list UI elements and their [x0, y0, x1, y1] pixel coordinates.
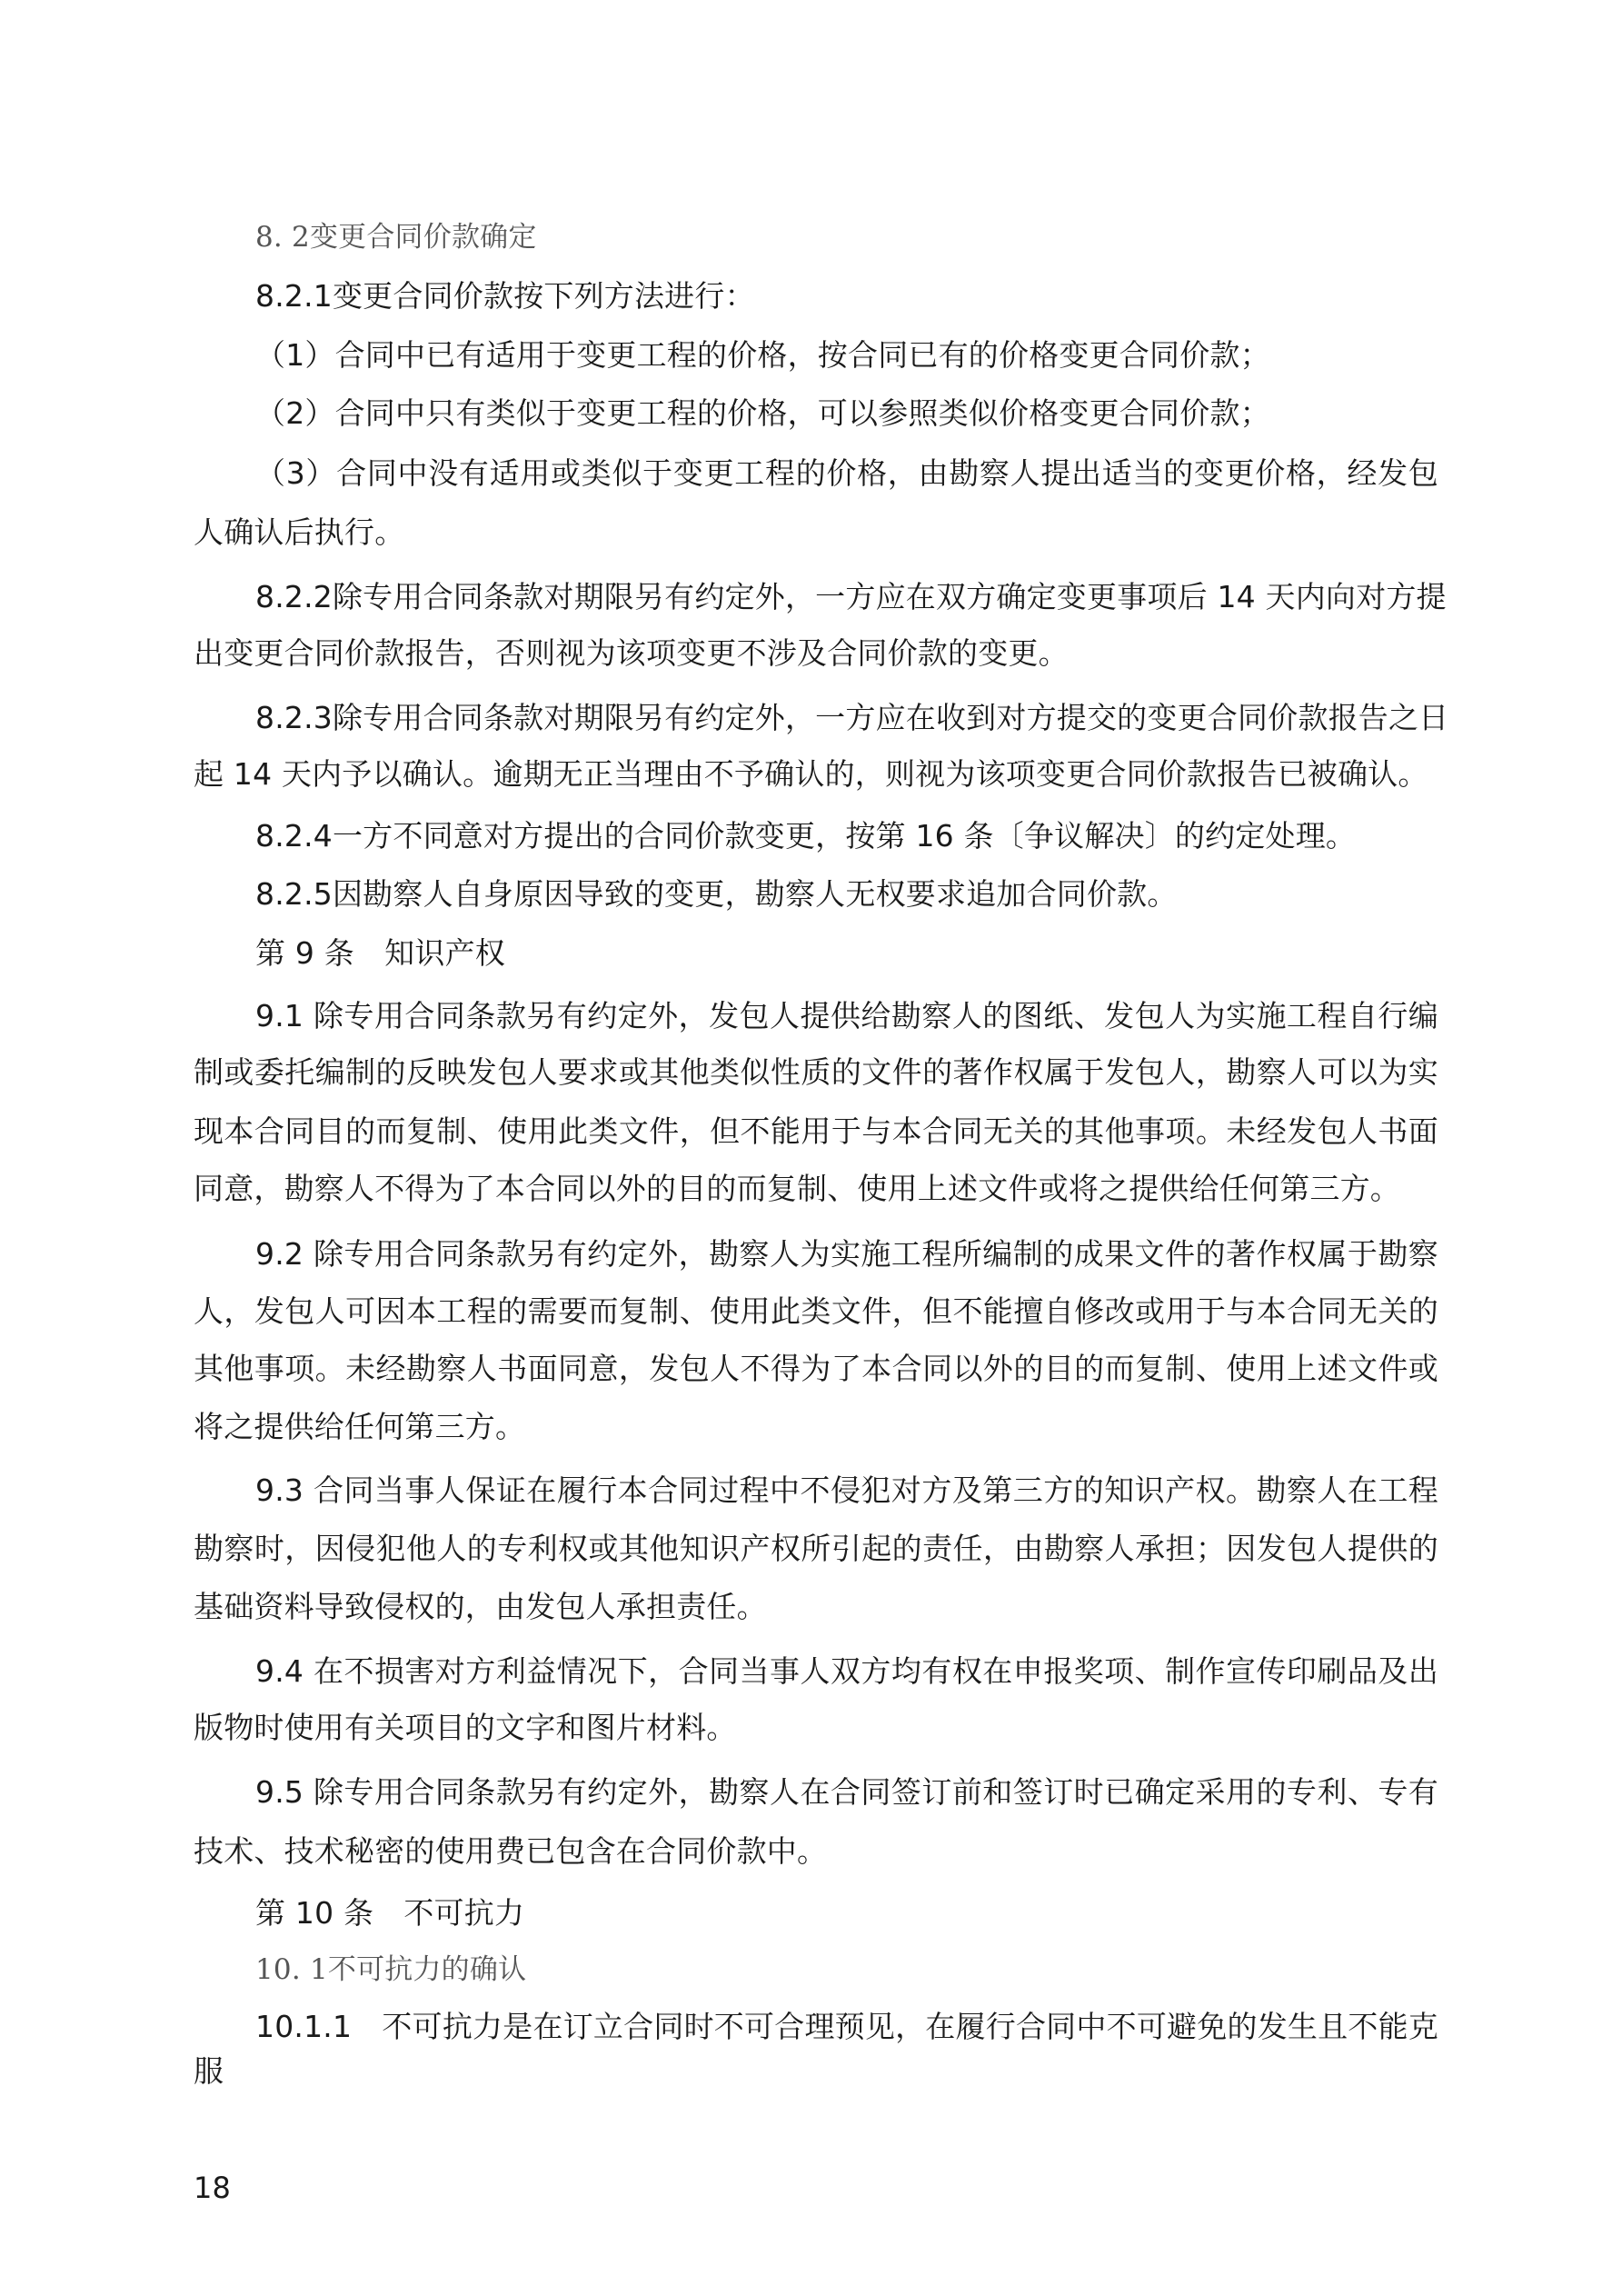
clause-9-1: 9.1 除专用合同条款另有约定外，发包人提供给勘察人的图纸、发包人为实施工程自行…: [255, 996, 1438, 1036]
document-page: 8. 2变更合同价款确定 8.2.1变更合同价款按下列方法进行： （1）合同中已…: [0, 0, 1622, 2296]
clause-9-4-cont: 版物时使用有关项目的文字和图片材料。: [194, 1708, 1438, 1748]
clause-8-2-1-item-3: （3）合同中没有适用或类似于变更工程的价格，由勘察人提出适当的变更价格，经发包: [255, 454, 1438, 494]
article-9-heading: 第 9 条 知识产权: [255, 933, 1438, 973]
clause-8-2-5: 8.2.5因勘察人自身原因导致的变更，勘察人无权要求追加合同价款。: [255, 874, 1438, 914]
clause-8-2-1-item-2: （2）合同中只有类似于变更工程的价格，可以参照类似价格变更合同价款；: [255, 394, 1438, 434]
clause-8-2-4: 8.2.4一方不同意对方提出的合同价款变更，按第 16 条〔争议解决〕的约定处理…: [255, 816, 1438, 856]
page-number: 18: [194, 2168, 1438, 2208]
clause-9-2-cont-3: 将之提供给任何第三方。: [194, 1407, 1438, 1447]
clause-9-1-cont-2: 现本合同目的而复制、使用此类文件，但不能用于与本合同无关的其他事项。未经发包人书…: [194, 1112, 1438, 1152]
clause-9-2-cont-2: 其他事项。未经勘察人书面同意，发包人不得为了本合同以外的目的而复制、使用上述文件…: [194, 1349, 1438, 1389]
clause-9-3-cont-2: 基础资料导致侵权的，由发包人承担责任。: [194, 1587, 1438, 1627]
clause-9-5-cont: 技术、技术秘密的使用费已包含在合同价款中。: [194, 1832, 1438, 1872]
clause-9-1-cont-1: 制或委托编制的反映发包人要求或其他类似性质的文件的著作权属于发包人，勘察人可以为…: [194, 1053, 1438, 1093]
clause-9-5: 9.5 除专用合同条款另有约定外，勘察人在合同签订前和签订时已确定采用的专利、专…: [255, 1772, 1438, 1812]
clause-8-2-3-cont: 起 14 天内予以确认。逾期无正当理由不予确认的，则视为该项变更合同价款报告已被…: [194, 754, 1438, 794]
clause-8-2-1-item-1: （1）合同中已有适用于变更工程的价格，按合同已有的价格变更合同价款；: [255, 335, 1438, 375]
clause-8-2-1-item-3-cont: 人确认后执行。: [194, 513, 1438, 553]
subsection-heading-8-2: 8. 2变更合同价款确定: [255, 217, 1438, 257]
clause-9-4: 9.4 在不损害对方利益情况下，合同当事人双方均有权在申报奖项、制作宣传印刷品及…: [255, 1652, 1438, 1692]
clause-9-2-cont-1: 人，发包人可因本工程的需要而复制、使用此类文件，但不能擅自修改或用于与本合同无关…: [194, 1292, 1438, 1332]
clause-8-2-3: 8.2.3除专用合同条款对期限另有约定外，一方应在收到对方提交的变更合同价款报告…: [255, 698, 1438, 738]
clause-8-2-2: 8.2.2除专用合同条款对期限另有约定外，一方应在双方确定变更事项后 14 天内…: [255, 577, 1438, 617]
clause-10-1-1-cont: 服: [194, 2051, 1438, 2091]
clause-9-1-cont-3: 同意，勘察人不得为了本合同以外的目的而复制、使用上述文件或将之提供给任何第三方。: [194, 1169, 1438, 1209]
clause-8-2-2-cont: 出变更合同价款报告，否则视为该项变更不涉及合同价款的变更。: [194, 634, 1438, 674]
subsection-heading-10-1: 10. 1不可抗力的确认: [255, 1950, 1438, 1990]
clause-9-3: 9.3 合同当事人保证在履行本合同过程中不侵犯对方及第三方的知识产权。勘察人在工…: [255, 1471, 1438, 1511]
clause-9-2: 9.2 除专用合同条款另有约定外，勘察人为实施工程所编制的成果文件的著作权属于勘…: [255, 1234, 1438, 1274]
clause-8-2-1: 8.2.1变更合同价款按下列方法进行：: [255, 276, 1438, 316]
clause-9-3-cont-1: 勘察时，因侵犯他人的专利权或其他知识产权所引起的责任，由勘察人承担；因发包人提供…: [194, 1529, 1438, 1569]
article-10-heading: 第 10 条 不可抗力: [255, 1893, 1438, 1933]
clause-10-1-1: 10.1.1 不可抗力是在订立合同时不可合理预见，在履行合同中不可避免的发生且不…: [255, 2007, 1438, 2047]
